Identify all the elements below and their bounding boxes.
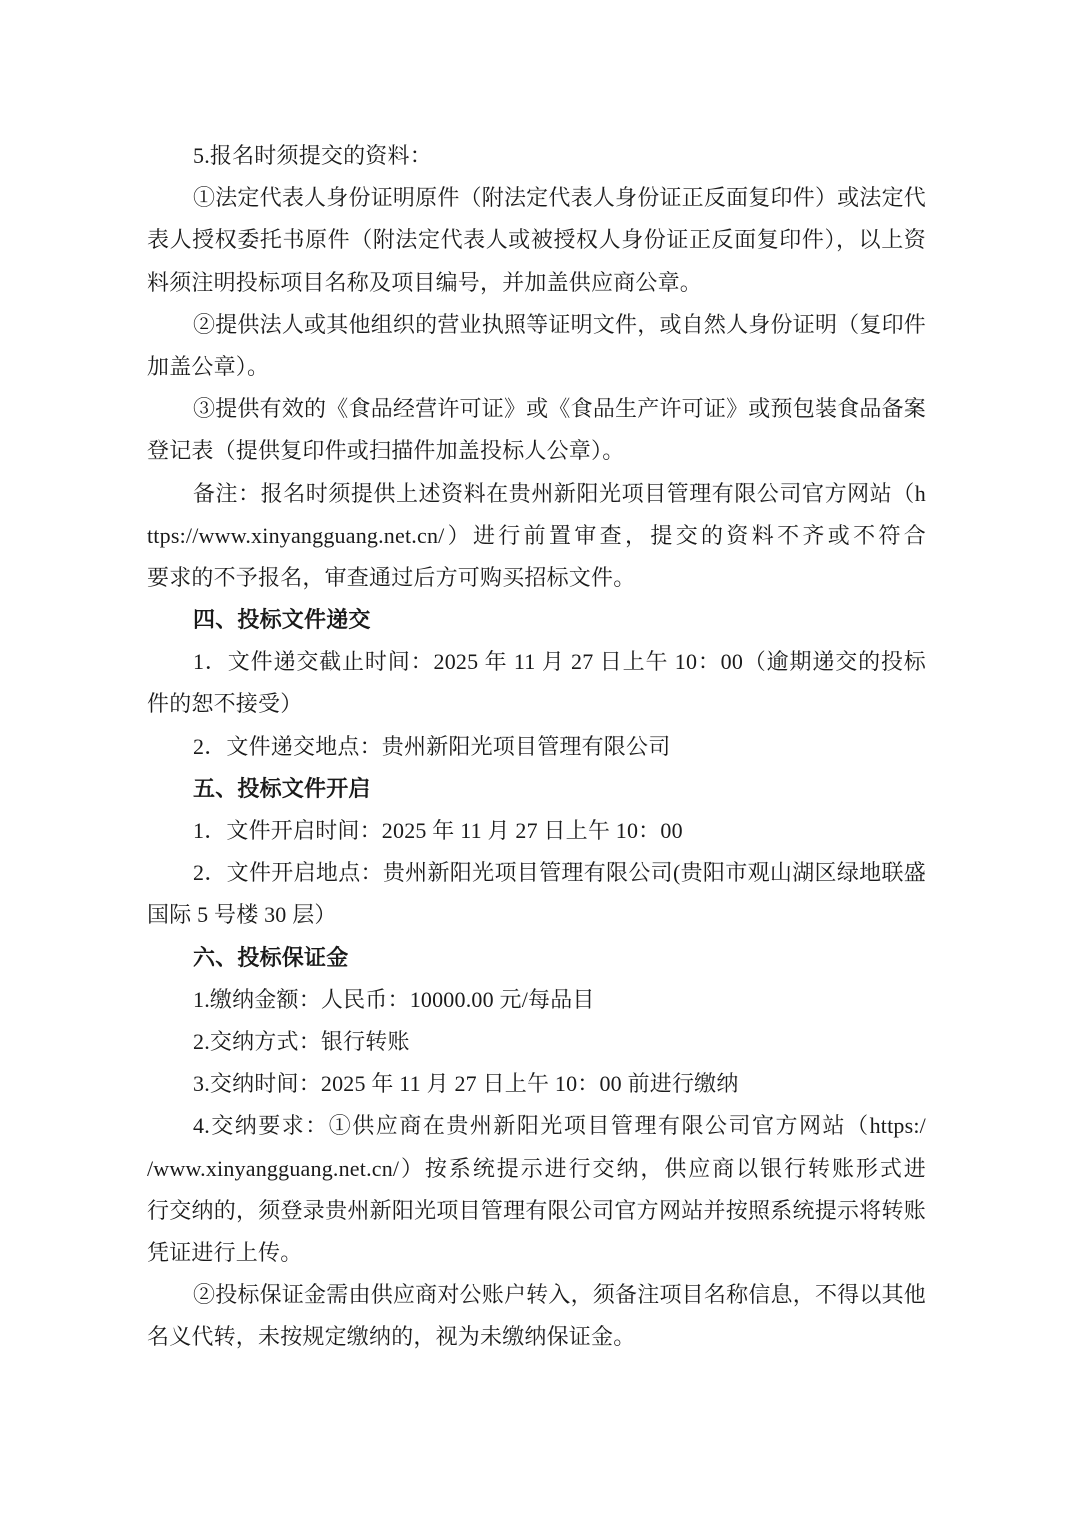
section-heading: 五、投标文件开启 <box>147 768 926 810</box>
body-paragraph: 2．文件开启地点：贵州新阳光项目管理有限公司(贵阳市观山湖区绿地联盛国际 5 号… <box>147 852 926 936</box>
text-line: 行交纳的，须登录贵州新阳光项目管理有限公司官方网站并按照系统提示将转账 <box>147 1190 926 1232</box>
text-line: 5.报名时须提交的资料： <box>147 135 926 177</box>
document-page: 5.报名时须提交的资料：①法定代表人身份证明原件（附法定代表人身份证正反面复印件… <box>0 0 1074 1520</box>
text-line: 2．文件递交地点：贵州新阳光项目管理有限公司 <box>147 726 926 768</box>
section-heading: 四、投标文件递交 <box>147 599 926 641</box>
body-paragraph: ①法定代表人身份证明原件（附法定代表人身份证正反面复印件）或法定代表人授权委托书… <box>147 177 926 304</box>
body-paragraph: ②投标保证金需由供应商对公账户转入，须备注项目名称信息，不得以其他名义代转，未按… <box>147 1274 926 1358</box>
section-heading: 六、投标保证金 <box>147 937 926 979</box>
text-line: 要求的不予报名，审查通过后方可购买招标文件。 <box>147 557 926 599</box>
text-line: 名义代转，未按规定缴纳的，视为未缴纳保证金。 <box>147 1316 926 1358</box>
text-line: 登记表（提供复印件或扫描件加盖投标人公章）。 <box>147 430 926 472</box>
heading-text-line: 六、投标保证金 <box>147 937 926 979</box>
body-paragraph: 1．文件开启时间：2025 年 11 月 27 日上午 10：00 <box>147 810 926 852</box>
text-line: 2．文件开启地点：贵州新阳光项目管理有限公司(贵阳市观山湖区绿地联盛 <box>147 852 926 894</box>
body-paragraph: 1.缴纳金额：人民币：10000.00 元/每品目 <box>147 979 926 1021</box>
body-paragraph: 2．文件递交地点：贵州新阳光项目管理有限公司 <box>147 726 926 768</box>
document-content: 5.报名时须提交的资料：①法定代表人身份证明原件（附法定代表人身份证正反面复印件… <box>147 135 926 1358</box>
body-paragraph: 4.交纳要求：①供应商在贵州新阳光项目管理有限公司官方网站（https://ww… <box>147 1105 926 1274</box>
text-line: ②投标保证金需由供应商对公账户转入，须备注项目名称信息，不得以其他 <box>147 1274 926 1316</box>
text-line: 国际 5 号楼 30 层） <box>147 894 926 936</box>
text-line: /www.xinyangguang.net.cn/）按系统提示进行交纳，供应商以… <box>147 1148 926 1190</box>
text-line: 3.交纳时间：2025 年 11 月 27 日上午 10：00 前进行缴纳 <box>147 1063 926 1105</box>
body-paragraph: ②提供法人或其他组织的营业执照等证明文件，或自然人身份证明（复印件加盖公章）。 <box>147 304 926 388</box>
text-line: ②提供法人或其他组织的营业执照等证明文件，或自然人身份证明（复印件 <box>147 304 926 346</box>
text-line: 加盖公章）。 <box>147 346 926 388</box>
body-paragraph: 3.交纳时间：2025 年 11 月 27 日上午 10：00 前进行缴纳 <box>147 1063 926 1105</box>
text-line: 1.缴纳金额：人民币：10000.00 元/每品目 <box>147 979 926 1021</box>
text-line: 备注：报名时须提供上述资料在贵州新阳光项目管理有限公司官方网站（h <box>147 473 926 515</box>
text-line: 2.交纳方式：银行转账 <box>147 1021 926 1063</box>
text-line: 4.交纳要求：①供应商在贵州新阳光项目管理有限公司官方网站（https:/ <box>147 1105 926 1147</box>
body-paragraph: 2.交纳方式：银行转账 <box>147 1021 926 1063</box>
body-paragraph: 备注：报名时须提供上述资料在贵州新阳光项目管理有限公司官方网站（https://… <box>147 473 926 600</box>
text-line: 料须注明投标项目名称及项目编号，并加盖供应商公章。 <box>147 262 926 304</box>
text-line: 1．文件递交截止时间：2025 年 11 月 27 日上午 10：00（逾期递交… <box>147 641 926 683</box>
text-line: ③提供有效的《食品经营许可证》或《食品生产许可证》或预包装食品备案 <box>147 388 926 430</box>
heading-text-line: 四、投标文件递交 <box>147 599 926 641</box>
text-line: ttps://www.xinyangguang.net.cn/）进行前置审查，提… <box>147 515 926 557</box>
heading-text-line: 五、投标文件开启 <box>147 768 926 810</box>
text-line: ①法定代表人身份证明原件（附法定代表人身份证正反面复印件）或法定代 <box>147 177 926 219</box>
body-paragraph: ③提供有效的《食品经营许可证》或《食品生产许可证》或预包装食品备案登记表（提供复… <box>147 388 926 472</box>
text-line: 件的恕不接受） <box>147 683 926 725</box>
body-paragraph: 5.报名时须提交的资料： <box>147 135 926 177</box>
body-paragraph: 1．文件递交截止时间：2025 年 11 月 27 日上午 10：00（逾期递交… <box>147 641 926 725</box>
text-line: 凭证进行上传。 <box>147 1232 926 1274</box>
text-line: 1．文件开启时间：2025 年 11 月 27 日上午 10：00 <box>147 810 926 852</box>
text-line: 表人授权委托书原件（附法定代表人或被授权人身份证正反面复印件），以上资 <box>147 219 926 261</box>
